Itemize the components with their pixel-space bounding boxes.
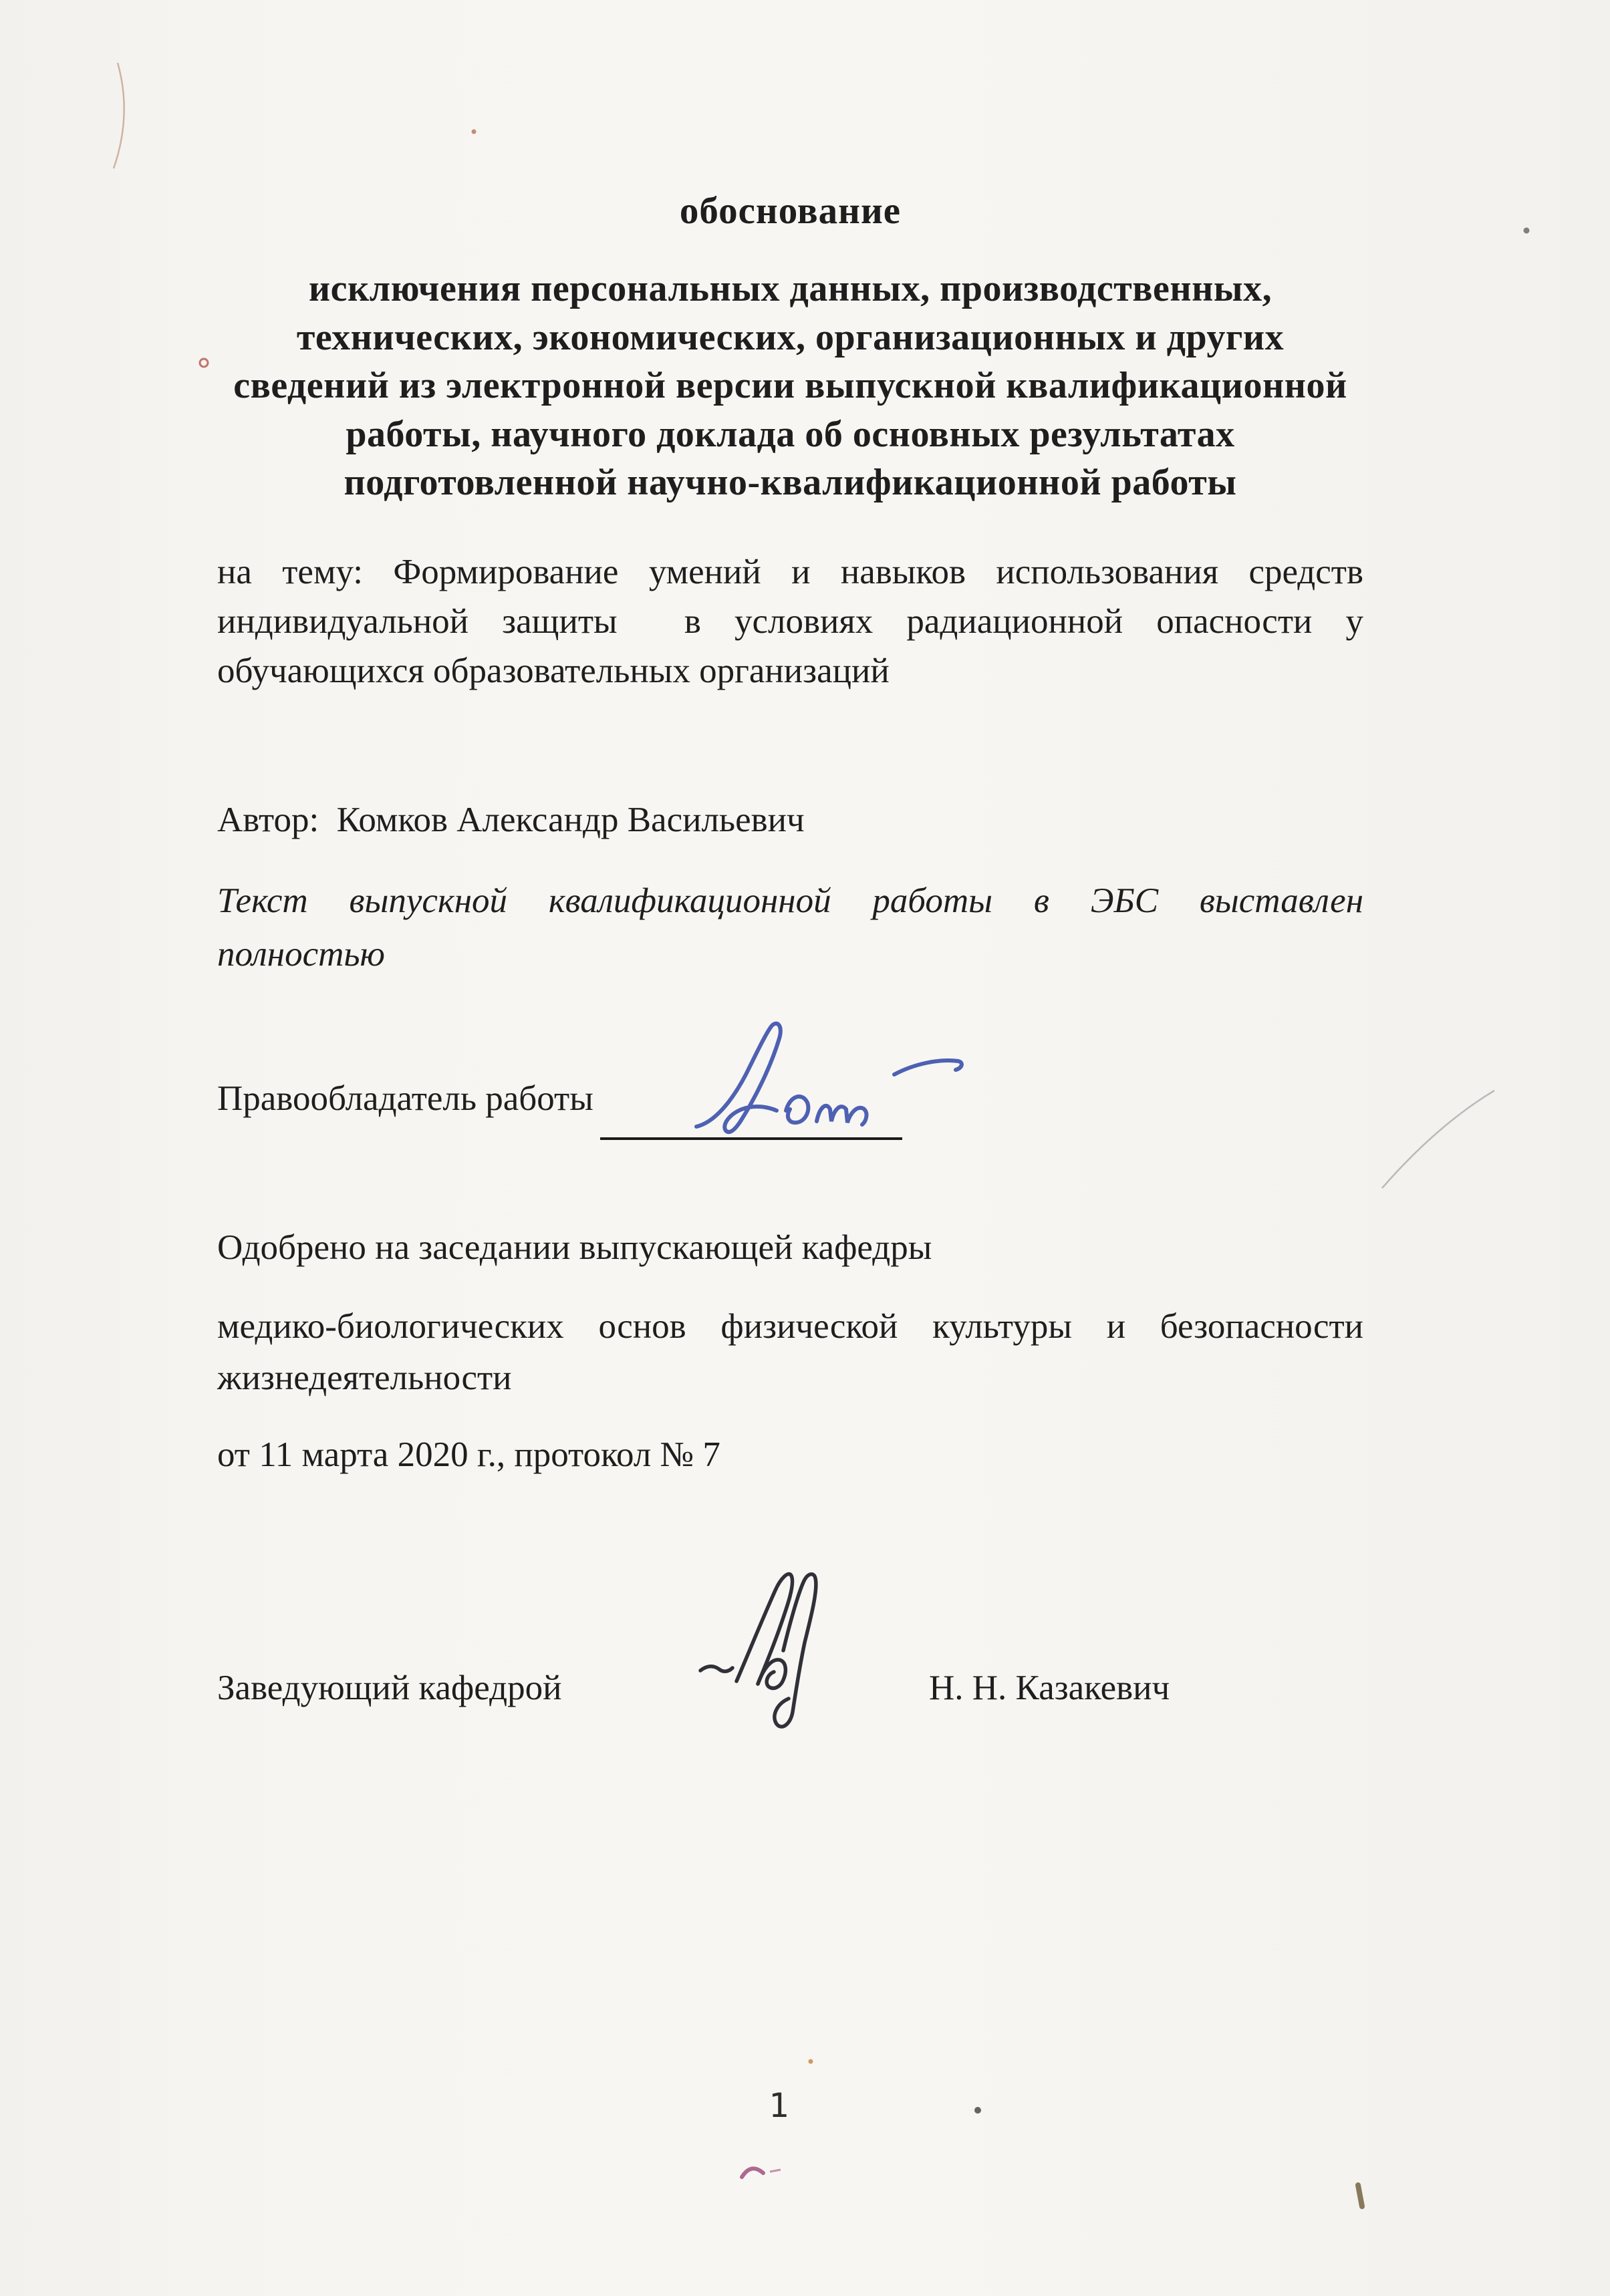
- thesis-theme-paragraph: на тему: Формирование умений и навыков и…: [217, 547, 1363, 696]
- subtitle-line: подготовленной научно-квалификационной р…: [217, 458, 1363, 507]
- author-text: Автор: Комков Александр Васильевич: [217, 795, 1363, 845]
- scan-hairline-artifact: [1382, 1091, 1494, 1188]
- scan-tick-artifact: [1358, 2185, 1362, 2206]
- theme-line: обучающихся образовательных организаций: [217, 646, 1363, 696]
- scan-ink-smudge-artifact: [770, 2170, 781, 2172]
- author-line: Автор: Комков Александр Васильевич: [217, 795, 1363, 845]
- signature-stroke: [758, 1660, 785, 1689]
- scan-speck-artifact: [974, 2107, 981, 2114]
- scan-ink-smudge-artifact: [742, 2168, 763, 2177]
- signature-stroke: [700, 1667, 732, 1671]
- rights-holder-handwritten-signature: [682, 1021, 989, 1155]
- protocol-line: от 11 марта 2020 г., протокол № 7: [217, 1430, 1363, 1479]
- subtitle-line: технических, экономических, организацион…: [217, 313, 1363, 362]
- scan-speck-artifact: [200, 359, 208, 367]
- ebs-line: Текст выпускной квалификационной работы …: [217, 874, 1363, 927]
- signature-stroke: [817, 1106, 866, 1125]
- theme-line: индивидуальной защиты в условиях радиаци…: [217, 597, 1363, 646]
- subtitle-line: сведений из электронной версии выпускной…: [217, 362, 1363, 410]
- approved-text: Одобрено на заседании выпускающей кафедр…: [217, 1223, 1363, 1272]
- scan-hairline-artifact: [114, 63, 124, 168]
- scanned-document-page: обоснование исключения персональных данн…: [0, 0, 1610, 2296]
- title-text: обоснование: [217, 186, 1363, 237]
- signature-stroke: [894, 1060, 962, 1074]
- subtitle-line: работы, научного доклада об основных рез…: [217, 410, 1363, 459]
- document-subtitle: исключения персональных данных, производ…: [217, 265, 1363, 507]
- signature-stroke: [775, 1574, 816, 1727]
- subtitle-line: исключения персональных данных, производ…: [217, 265, 1363, 313]
- page-number: 1: [749, 2086, 809, 2125]
- scan-speck-artifact: [472, 130, 477, 134]
- department-head-handwritten-signature: [695, 1569, 849, 1736]
- scan-speck-artifact: [809, 2059, 813, 2064]
- department-head-name: Н. Н. Казакевич: [929, 1663, 1170, 1713]
- scan-speck-artifact: [1524, 228, 1530, 234]
- ebs-note: Текст выпускной квалификационной работы …: [217, 874, 1363, 981]
- protocol-text: от 11 марта 2020 г., протокол № 7: [217, 1430, 1363, 1479]
- department-head-label: Заведующий кафедрой: [217, 1663, 561, 1713]
- ebs-line: полностью: [217, 927, 1363, 981]
- document-title: обоснование: [217, 186, 1363, 237]
- theme-line: на тему: Формирование умений и навыков и…: [217, 547, 1363, 597]
- signature-stroke: [786, 1097, 808, 1123]
- approved-line: Одобрено на заседании выпускающей кафедр…: [217, 1223, 1363, 1272]
- department-line: медико-биологических основ физической ку…: [217, 1301, 1363, 1352]
- signature-stroke: [696, 1024, 781, 1132]
- department-line: жизнедеятельности: [217, 1352, 1363, 1404]
- department-lines: медико-биологических основ физической ку…: [217, 1301, 1363, 1404]
